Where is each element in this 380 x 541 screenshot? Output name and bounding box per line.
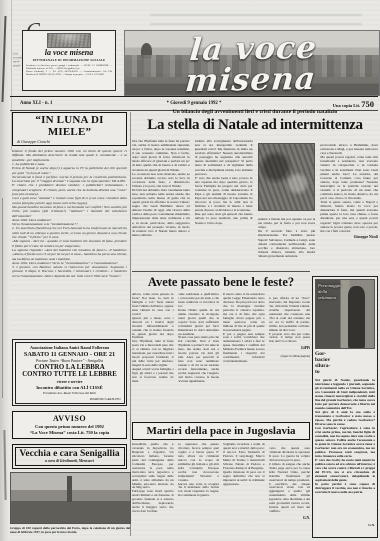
feste-column-4: la può riferire di un “duro” intervento …: [269, 293, 311, 417]
lead-article-headline: La stella di Natale ad intermittenza: [132, 117, 378, 134]
jugoslavia-column-4-text: Certo che questa area criminale allontan…: [269, 446, 311, 513]
person-of-the-week-signature: G.N.: [315, 523, 375, 527]
historical-photo-caption: Gruppo di 100 ragazzi della parrocchia d…: [10, 526, 130, 534]
person-of-the-week-title: Gor- baciov silura- to: [315, 351, 375, 376]
jugoslavia-column-3: Vogliamo ricordare i nomi di questi eroi…: [223, 443, 265, 527]
notice-line-1: Con questo primo numero del 1992: [16, 424, 123, 429]
jugoslavia-headline-box: Martiri della pace in Jugoslavia: [132, 422, 310, 440]
event-organization: Associazione Italiana Amici Raoul Foller…: [19, 345, 121, 350]
feste-headline: Avete passato bene le feste?: [132, 275, 310, 290]
feste-continuation-note: (segue in ultima pagina): [269, 355, 311, 359]
scan-streak-artifact: [2, 198, 3, 398]
event-speaker-role: Presidente Ass. Raoul Follereau del Mali: [19, 391, 121, 395]
person-of-the-week-body: Nei giorni di Natale, guardando la telev…: [315, 378, 375, 522]
feste-column-1: Allora, come avete passato le feste? Noi…: [132, 293, 174, 417]
masthead-thumbnail-photo: [47, 33, 91, 48]
divider-rule: [10, 96, 378, 97]
feste-article: Avete passato bene le feste? Allora, com…: [132, 271, 310, 417]
lead-article-kicker: Un bilancio degli avvenimenti lieti e tr…: [132, 109, 378, 115]
event-motto: vivere e servire: [19, 379, 121, 384]
editorial-body: Iniziare il fondo del primo numero 1992 …: [12, 149, 127, 335]
jugoslavia-headline: Martiri della pace in Jugoslavia: [135, 425, 307, 437]
feste-body: Allora, come avete passato le feste? Noi…: [132, 293, 310, 417]
historical-group-photo: [10, 472, 131, 524]
masthead-info-box: la voce misena SETTIMANALE DI INFORMAZIO…: [22, 30, 116, 91]
notice-title: AVVISO: [16, 414, 123, 423]
masthead-banner-photo: la voce misena: [124, 30, 380, 96]
event-venue: Portone Teatro “Buon Pastore” - Senigall…: [19, 359, 121, 363]
newspaper-title: la voce misena: [124, 32, 380, 96]
event-datetime: SABATO 11 GENNAIO - ORE 21: [19, 351, 121, 358]
jugoslavia-signature: G.N.: [269, 516, 311, 520]
person-of-the-week-label: Personaggio della settimana: [318, 283, 341, 301]
heritage-section-title: Vecchia e cara Senigallia: [18, 449, 122, 459]
lead-article-signature: Giuseppe Nicoli: [320, 235, 378, 239]
lead-article-column-4-text: provocando un'eco a Betlemme, dove arriv…: [320, 143, 378, 233]
lead-article-column-4: provocando un'eco a Betlemme, dove arriv…: [320, 139, 378, 265]
event-meeting: Incontro dibattito con ALÌ CISSÈ: [19, 385, 121, 390]
heritage-section-header-box: Vecchia e cara Senigallia a cura di Giro…: [12, 444, 127, 469]
lead-article-body: Ora che l'Epifania tutte le feste ha por…: [132, 139, 378, 265]
bleed-through-text-artifact: [150, 11, 362, 28]
masthead-box-subtitle: SETTIMANALE DI INFORMAZIONE SOCIALE: [26, 58, 112, 62]
feste-column-2: come telefonate a quell'amico o conoscen…: [178, 293, 220, 417]
event-slogan-1: CONTRO LA LEBBRA: [19, 364, 121, 371]
feste-column-4-text: la può riferire di un “duro” intervento …: [269, 296, 311, 343]
event-admission: INGRESSO GRATUITO: [19, 397, 121, 401]
jugoslavia-article: Martiri della pace in Jugoslavia Incredi…: [132, 422, 310, 527]
issue-date: * Giovedì 9 gennaio 1992 *: [10, 101, 378, 106]
gorbaciov-photo: Personaggio della settimana: [315, 279, 375, 349]
feste-column-3: Il nuovo anno ci ha resuscitato quella L…: [223, 293, 265, 417]
masthead-imprint: Iscrizione: la direzione presso gruppi i…: [26, 64, 112, 77]
person-of-the-week-box: Personaggio della settimana Gor- baciov …: [312, 276, 378, 538]
nativity-scene-photo: [258, 143, 316, 211]
lead-article-column-2: addetto alla sorveglianza dell'autostrad…: [195, 139, 253, 265]
jugoslavia-body: Incredibile quello che è avvenuto in Jug…: [132, 443, 310, 527]
heritage-section-header-inner: Vecchia e cara Senigallia a cura di Giro…: [15, 447, 125, 467]
editorial-byline: di Giuseppe Cionchi: [15, 139, 124, 144]
lead-article-column-3: andarci a Natale ma poi ognuno va per la…: [258, 139, 316, 265]
jugoslavia-column-4: Certo che questa area criminale allontan…: [269, 443, 311, 527]
jugoslavia-column-1: Incredibile quello che è avvenuto in Jug…: [132, 443, 174, 527]
masthead-box-title: la voce misena: [26, 49, 112, 57]
feste-signature: GiPPi: [269, 346, 311, 350]
event-announcement-box: Associazione Italiana Amici Raoul Foller…: [12, 339, 127, 406]
notice-line-2: “La Voce Misena” costa Lit. 750 la copia: [16, 430, 123, 435]
left-column: “IN LUNA DI MIELE” di Giuseppe Cionchi I…: [12, 112, 127, 534]
editorial-header-box: “IN LUNA DI MIELE” di Giuseppe Cionchi: [12, 112, 127, 146]
notice-box: AVVISO Con questo primo numero del 1992 …: [12, 411, 127, 439]
heritage-section-byline: a cura di Girolimetti, Mencucci: [18, 459, 122, 463]
lead-article-column-3-text: andarci a Natale ma poi ognuno va per la…: [258, 217, 316, 258]
editorial-title: “IN LUNA DI MIELE”: [15, 115, 124, 138]
event-slogan-2: CONTRO TUTTE LE LEBBRE: [19, 371, 121, 378]
jugoslavia-column-2: Lo sapevano che questo elicottero faceva…: [178, 443, 220, 527]
event-announcement-inner: Associazione Italiana Amici Raoul Foller…: [15, 342, 125, 404]
newspaper-front-page: G Così, messaggi parole gruppi la voce m…: [0, 0, 380, 541]
lead-article-column-1: Ora che l'Epifania tutte le feste ha por…: [132, 139, 190, 265]
